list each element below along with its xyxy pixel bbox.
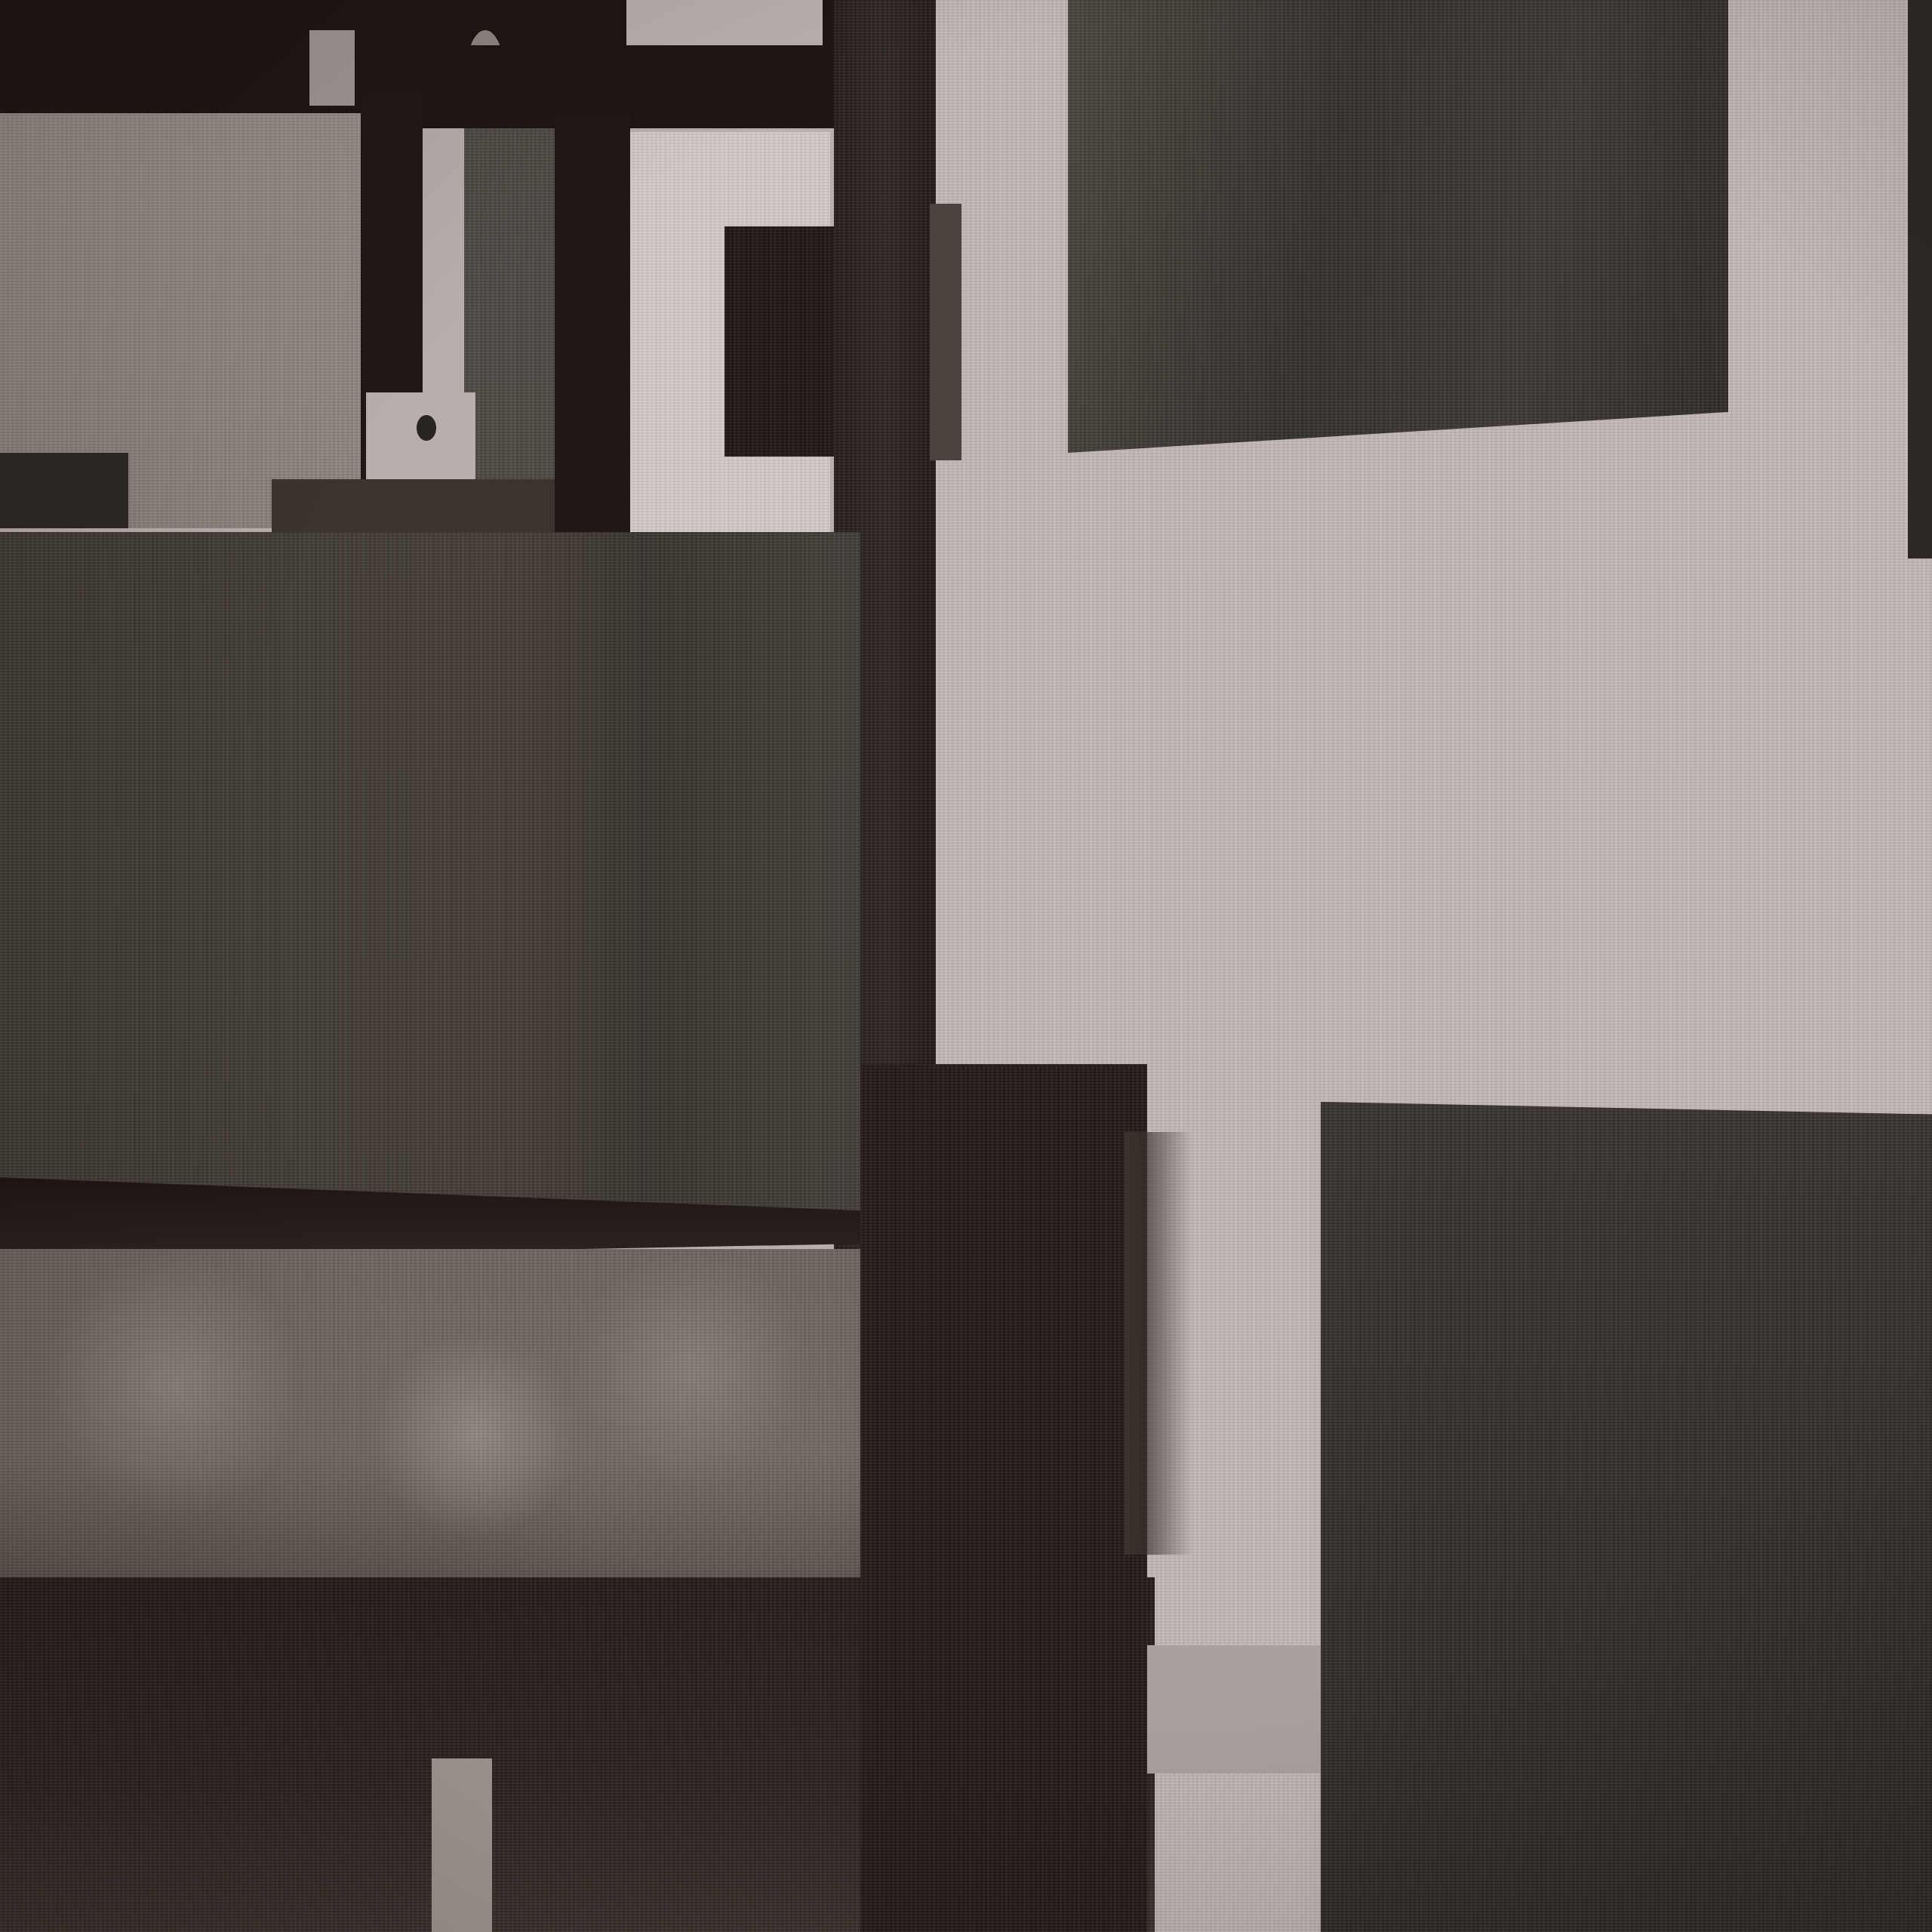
mottled-lower-band xyxy=(0,1249,864,1589)
dark-inner-portrait xyxy=(724,226,838,457)
small-base-bar xyxy=(272,479,566,532)
dot xyxy=(417,415,436,441)
post-side-strip xyxy=(930,204,961,460)
upper-right-painting xyxy=(1068,0,1728,453)
top-light-fragment xyxy=(626,0,823,47)
photograph xyxy=(0,0,1932,1932)
inner-dark-column xyxy=(555,113,630,536)
bottom-light-post xyxy=(432,1758,492,1932)
top-small-light-tab xyxy=(309,30,355,106)
mottled-gap xyxy=(1147,1645,1321,1774)
lower-right-dark-panel xyxy=(1321,1102,1932,1932)
mid-left-dark-panel xyxy=(0,532,860,1211)
upper-crossbar xyxy=(423,45,845,128)
far-right-sliver xyxy=(1908,0,1932,558)
small-gray-inset xyxy=(464,128,555,483)
middle-panel-soft-edge xyxy=(1124,1132,1192,1555)
middle-dark-panel xyxy=(860,1064,1147,1932)
top-left-dark-corner xyxy=(0,453,128,528)
